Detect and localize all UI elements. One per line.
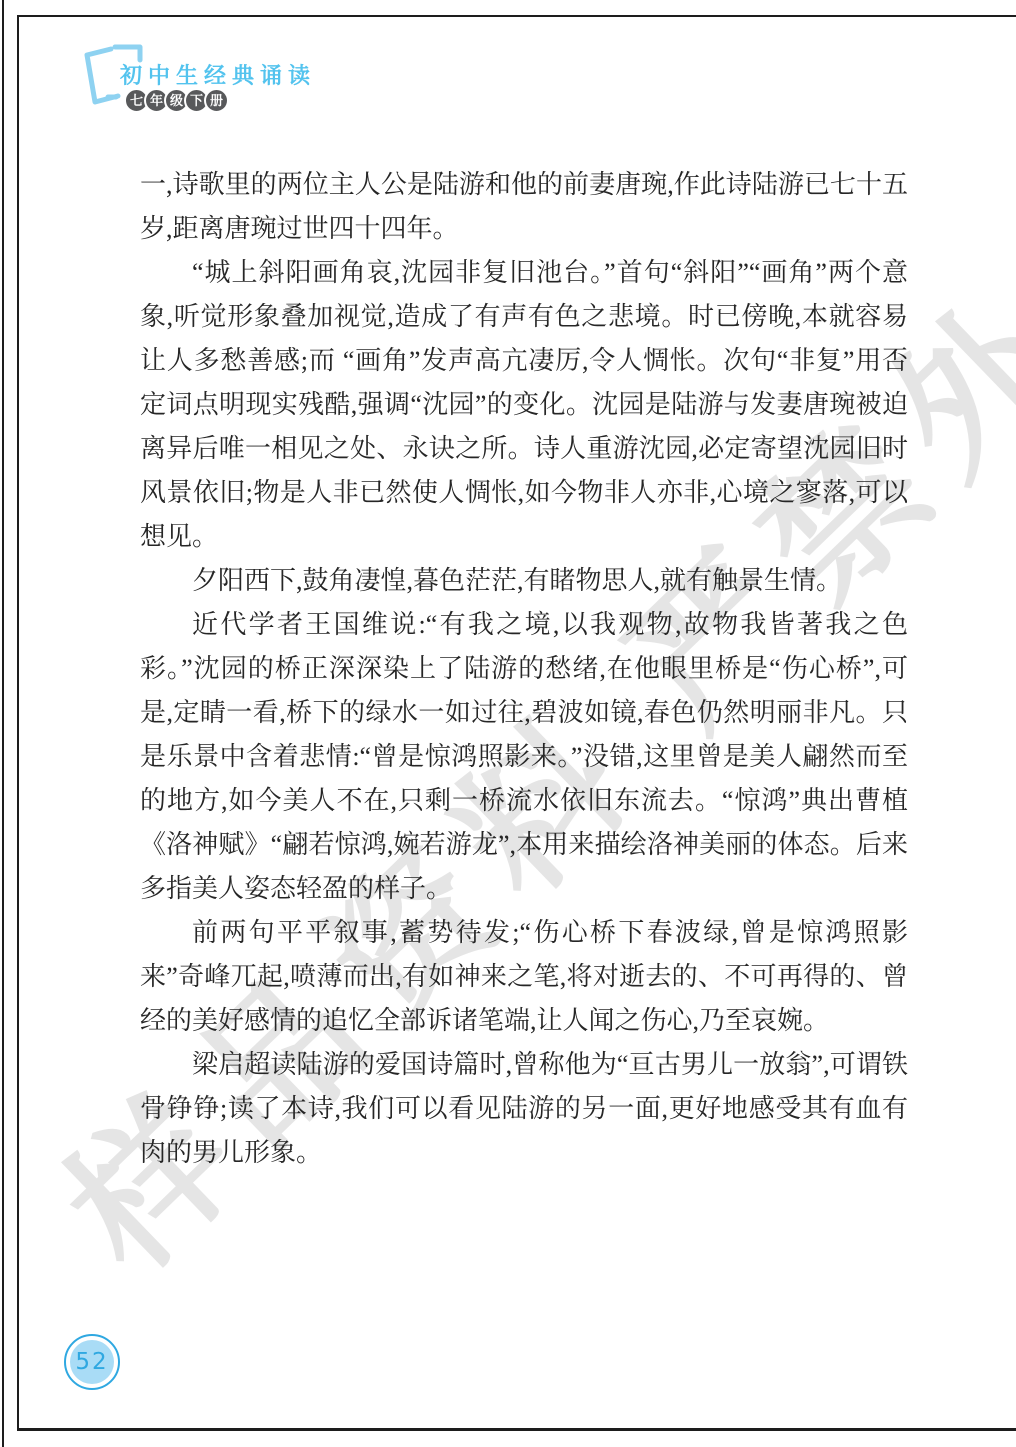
grade-badge: 七 年 级 下 册 (124, 88, 229, 113)
main-text-block: 一,诗歌里的两位主人公是陆游和他的前妻唐琬,作此诗陆游已七十五岁,距离唐琬过世四… (140, 163, 908, 1175)
paragraph: 夕阳西下,鼓角凄惶,暮色茫茫,有睹物思人,就有触景生情。 (140, 559, 908, 603)
paragraph: 近代学者王国维说:“有我之境,以我观物,故物我皆著我之色彩。”沈园的桥正深深染上… (140, 603, 908, 911)
paragraph: “城上斜阳画角哀,沈园非复旧池台。”首句“斜阳”“画角”两个意象,听觉形象叠加视… (140, 251, 908, 559)
book-page: { "header": { "series_title": "初中生经典诵读",… (0, 0, 1016, 1447)
paragraph: 梁启超读陆游的爱国诗篇时,曾称他为“亘古男儿一放翁”,可谓铁骨铮铮;读了本诗,我… (140, 1043, 908, 1175)
series-logo: 初中生经典诵读 七 年 级 下 册 (78, 42, 398, 122)
paragraph: 一,诗歌里的两位主人公是陆游和他的前妻唐琬,作此诗陆游已七十五岁,距离唐琬过世四… (140, 163, 908, 251)
frame-top-rule (17, 15, 1016, 17)
grade-badge-char: 册 (204, 88, 229, 113)
frame-bottom-rule (17, 1428, 1016, 1431)
page-number-badge-fill: 52 (70, 1340, 114, 1384)
series-title: 初中生经典诵读 (120, 59, 316, 90)
page-left-edge-rule (2, 0, 4, 1447)
page-number-badge: 52 (64, 1334, 120, 1390)
page-number: 52 (75, 1349, 108, 1375)
frame-left-rule (17, 15, 19, 1430)
paragraph: 前两句平平叙事,蓄势待发;“伤心桥下春波绿,曾是惊鸿照影来”奇峰兀起,喷薄而出,… (140, 911, 908, 1043)
